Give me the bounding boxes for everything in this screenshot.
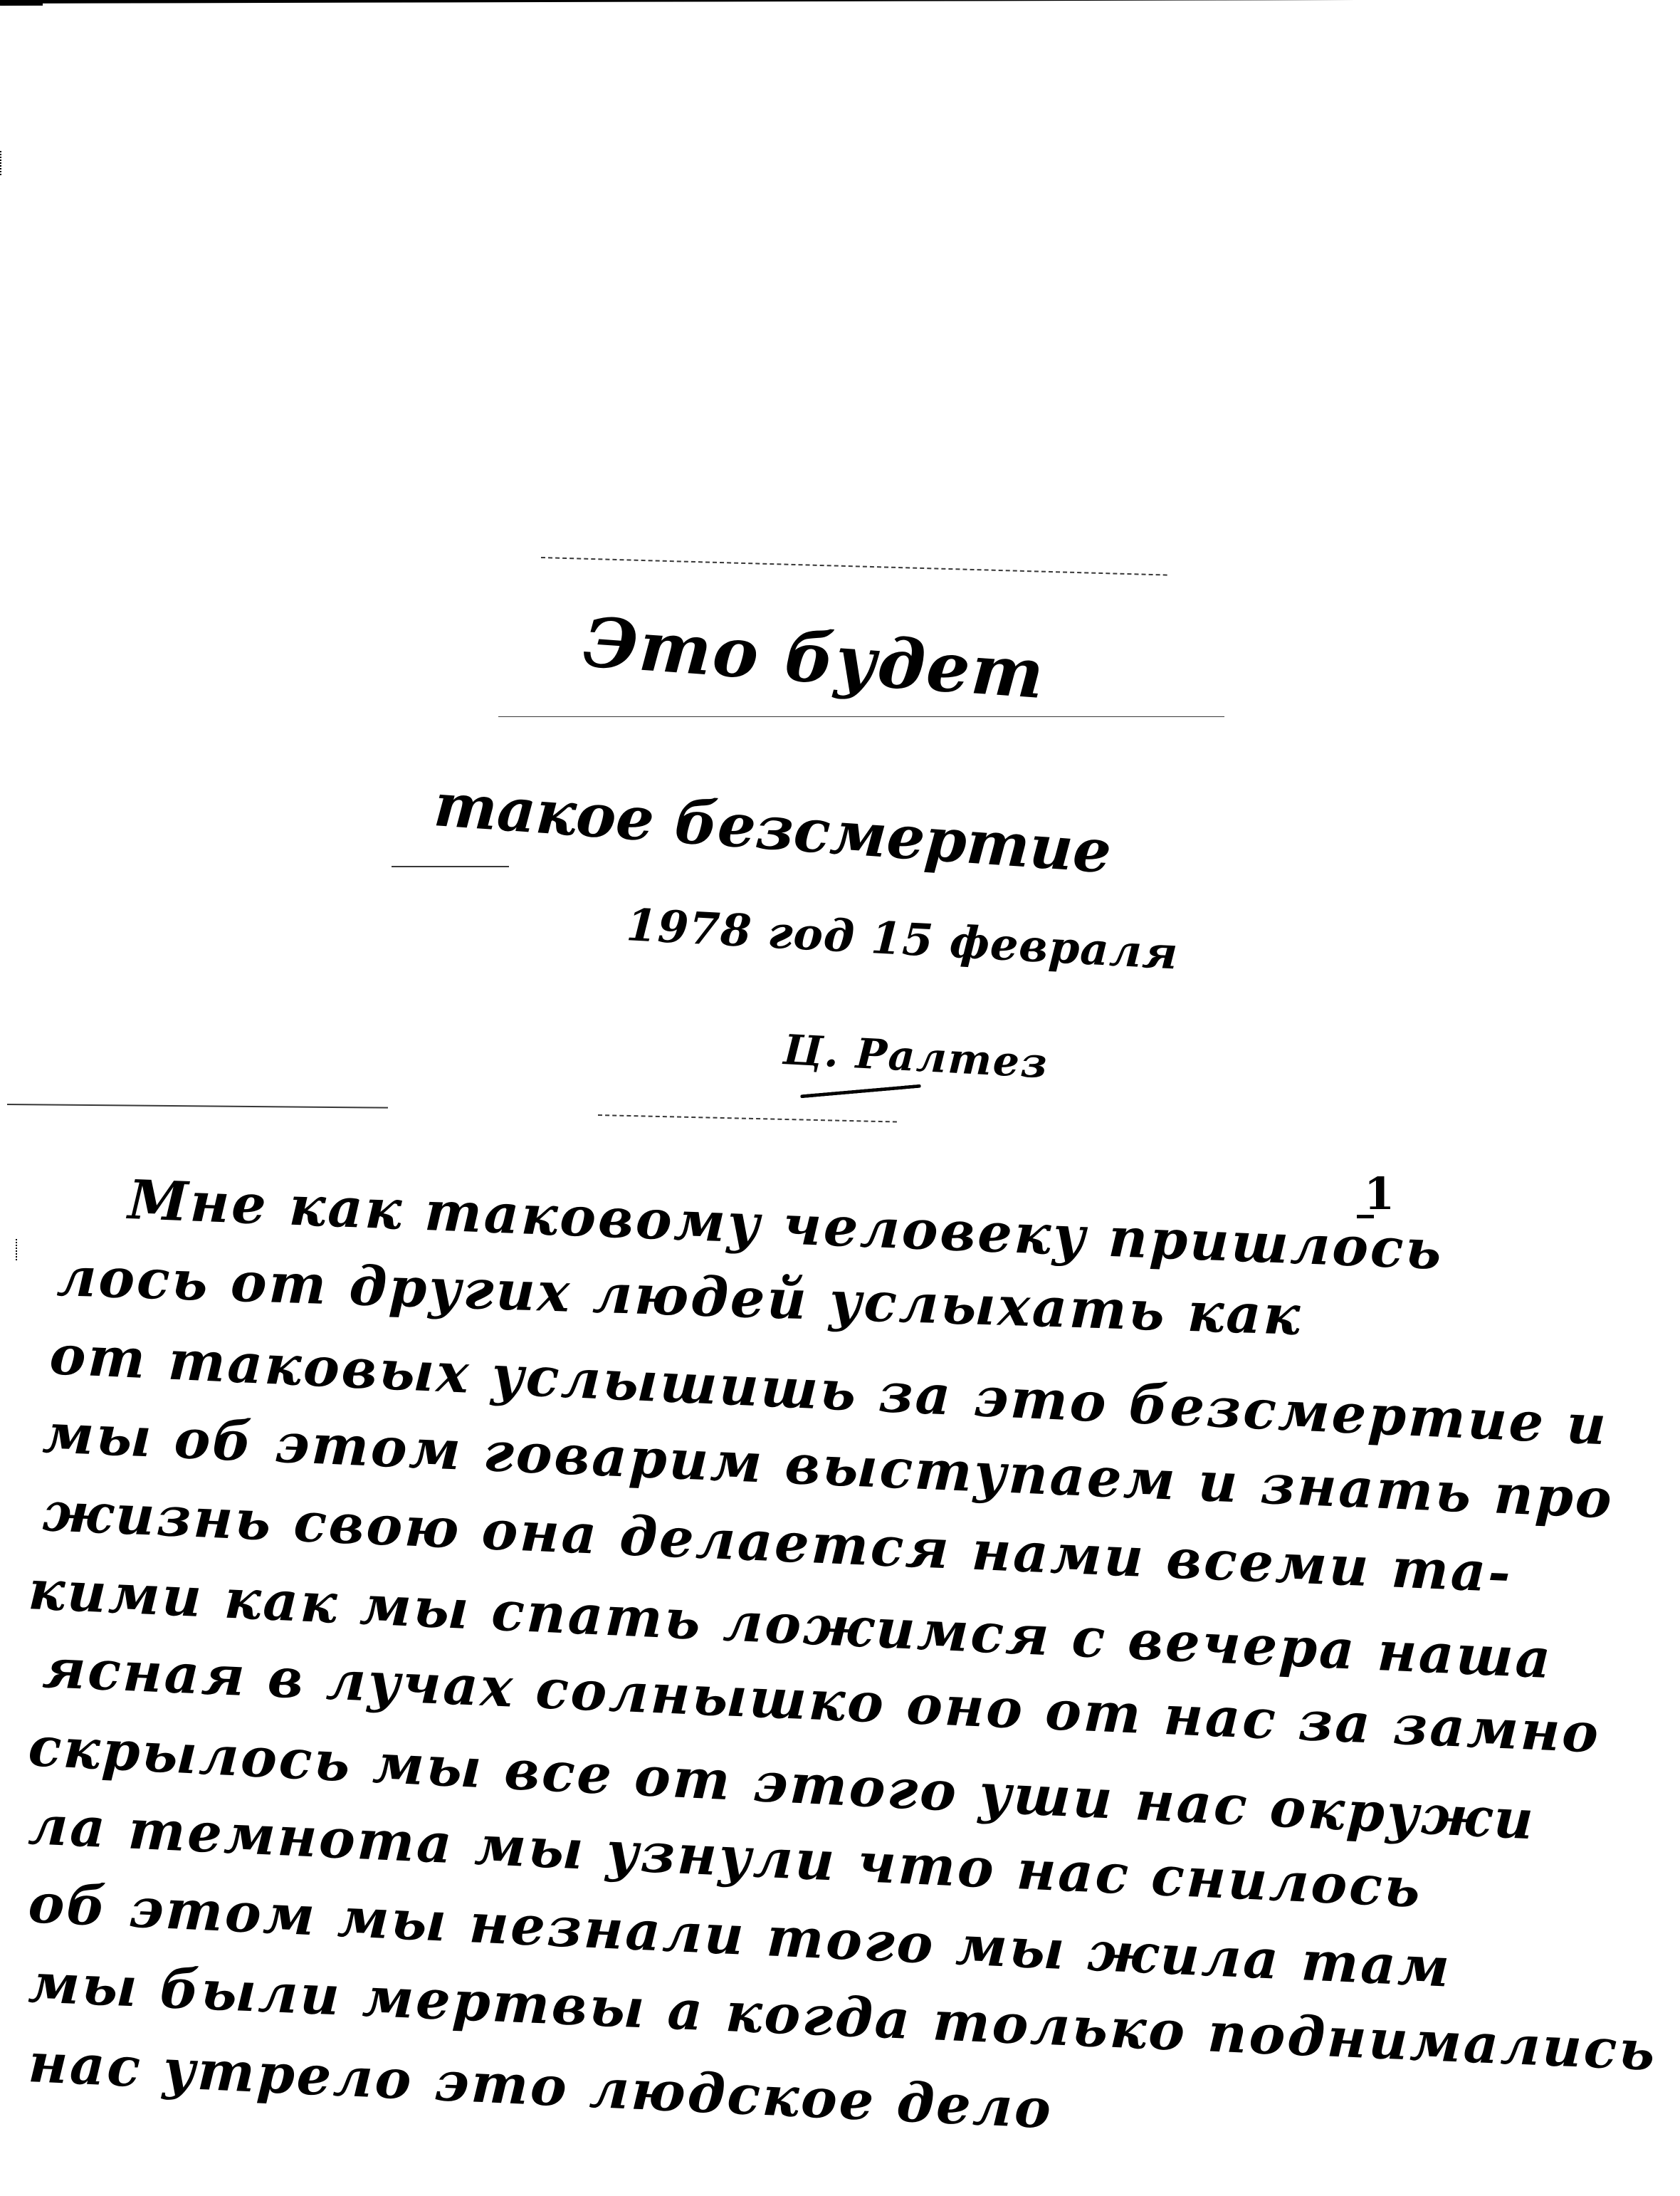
signature-flourish	[800, 1084, 921, 1099]
scan-artifact-mark	[0, 151, 3, 175]
title-line-2: такое безсмертие	[432, 769, 1114, 887]
page-number: 1	[1364, 1168, 1396, 1220]
date-line: 1978 год 15 февраля	[625, 899, 1180, 980]
pencil-ruled-line	[598, 1114, 897, 1123]
signature: Ц. Ралтез	[782, 1025, 1049, 1087]
pencil-ruled-line	[498, 716, 1224, 717]
pencil-ruled-line	[392, 866, 509, 867]
scan-artifact-mark	[16, 1239, 19, 1260]
title-line-1: Это будет	[581, 602, 1048, 714]
pencil-ruled-line	[7, 1104, 388, 1109]
pencil-ruled-line	[541, 557, 1167, 576]
scan-edge-top	[0, 0, 1680, 4]
